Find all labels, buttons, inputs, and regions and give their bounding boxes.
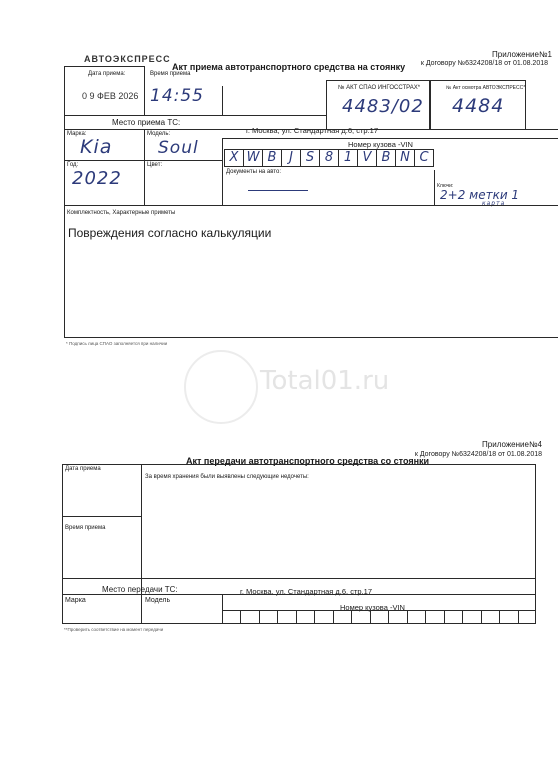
inspection-value[interactable]: 4484 <box>452 95 504 117</box>
vin-label: Номер кузова -VIN <box>348 140 413 149</box>
act-no-value[interactable]: 4483/02 <box>342 96 424 117</box>
vin-char-cell[interactable] <box>407 610 425 624</box>
keys-value[interactable]: 2+2 метки 1 <box>440 188 519 202</box>
defects-label: За время хранения были выявлены следующи… <box>145 474 309 481</box>
vin-char-cell[interactable] <box>444 610 462 624</box>
features-label: Комплектность, Характерные приметы <box>67 210 175 217</box>
vin-char-cell[interactable] <box>499 610 517 624</box>
time-label: Время приема <box>150 71 190 78</box>
color-label: Цвет: <box>147 162 162 169</box>
stamp-logo: АВТОЭКСПРЕСС <box>84 54 171 64</box>
docs-value[interactable] <box>248 190 308 191</box>
make-label-2: Марка <box>65 597 86 604</box>
vin-field-2[interactable] <box>222 610 536 624</box>
vin-char-cell[interactable]: B <box>262 150 281 166</box>
vin-char-cell[interactable] <box>259 610 277 624</box>
place-value: г. Москва, ул. Стандартная д.6, стр.17 <box>246 126 378 135</box>
vin-char-cell[interactable] <box>222 610 240 624</box>
watermark-text: Total01.ru <box>260 366 389 396</box>
vin-char-cell[interactable]: J <box>281 150 300 166</box>
date-label-2: Дата приема <box>65 466 101 473</box>
vin-char-cell[interactable] <box>296 610 314 624</box>
car-logo-icon <box>184 350 258 424</box>
features-value[interactable]: Повреждения согласно калькуляции <box>68 226 271 240</box>
vin-field[interactable]: XWBJS81VBNC <box>224 149 434 167</box>
vin-char-cell[interactable]: 1 <box>338 150 357 166</box>
model-value[interactable]: Soul <box>158 138 199 158</box>
watermark: Total01.ru <box>182 350 382 425</box>
make-value[interactable]: Kia <box>80 136 112 158</box>
act-no-label: № АКТ СПАО ИНГОССТРАХ* <box>338 85 420 92</box>
vin-char-cell[interactable] <box>277 610 295 624</box>
vin-char-cell[interactable] <box>425 610 443 624</box>
vin-char-cell[interactable] <box>333 610 351 624</box>
vin-char-cell[interactable]: C <box>414 150 433 166</box>
place-label-2: Место передачи ТС: <box>102 585 178 594</box>
time-label-2: Время приема <box>65 525 105 532</box>
defects-field[interactable] <box>142 484 534 578</box>
vin-char-cell[interactable] <box>388 610 406 624</box>
place-label: Место приема ТС: <box>112 118 180 127</box>
vin-char-cell[interactable]: W <box>243 150 262 166</box>
time-value[interactable]: 14:55 <box>150 86 204 106</box>
vin-char-cell[interactable]: 8 <box>319 150 338 166</box>
appendix-4: Приложение№4 <box>482 440 542 449</box>
vin-char-cell[interactable] <box>314 610 332 624</box>
vin-char-cell[interactable]: X <box>224 150 243 166</box>
vin-char-cell[interactable] <box>240 610 258 624</box>
vin-char-cell[interactable] <box>462 610 480 624</box>
date-label: Дата приема: <box>88 71 125 78</box>
year-value[interactable]: 2022 <box>72 168 122 189</box>
footnote-2: **Проверить соответствие на момент перед… <box>64 626 163 633</box>
model-label-2: Модель <box>145 597 170 604</box>
docs-label: Документы на авто: <box>226 169 281 176</box>
inspection-label: № Акт осмотра АВТОЭКСПРЕСС* <box>446 85 525 92</box>
contract-4: к Договору №6324208/18 от 01.08.2018 <box>415 451 542 458</box>
vin-char-cell[interactable]: N <box>395 150 414 166</box>
vin-char-cell[interactable] <box>370 610 388 624</box>
vin-char-cell[interactable]: S <box>300 150 319 166</box>
footnote-1: * Подпись лица СПАО заполняется при нали… <box>66 340 167 347</box>
vin-char-cell[interactable] <box>481 610 499 624</box>
appendix-1: Приложение№1 <box>492 50 552 59</box>
vin-char-cell[interactable] <box>351 610 369 624</box>
date-value[interactable]: 0 9 ФЕВ 2026 <box>82 91 138 101</box>
vin-char-cell[interactable] <box>518 610 536 624</box>
vin-char-cell[interactable]: V <box>357 150 376 166</box>
vin-char-cell[interactable]: B <box>376 150 395 166</box>
model-label: Модель: <box>147 131 170 138</box>
